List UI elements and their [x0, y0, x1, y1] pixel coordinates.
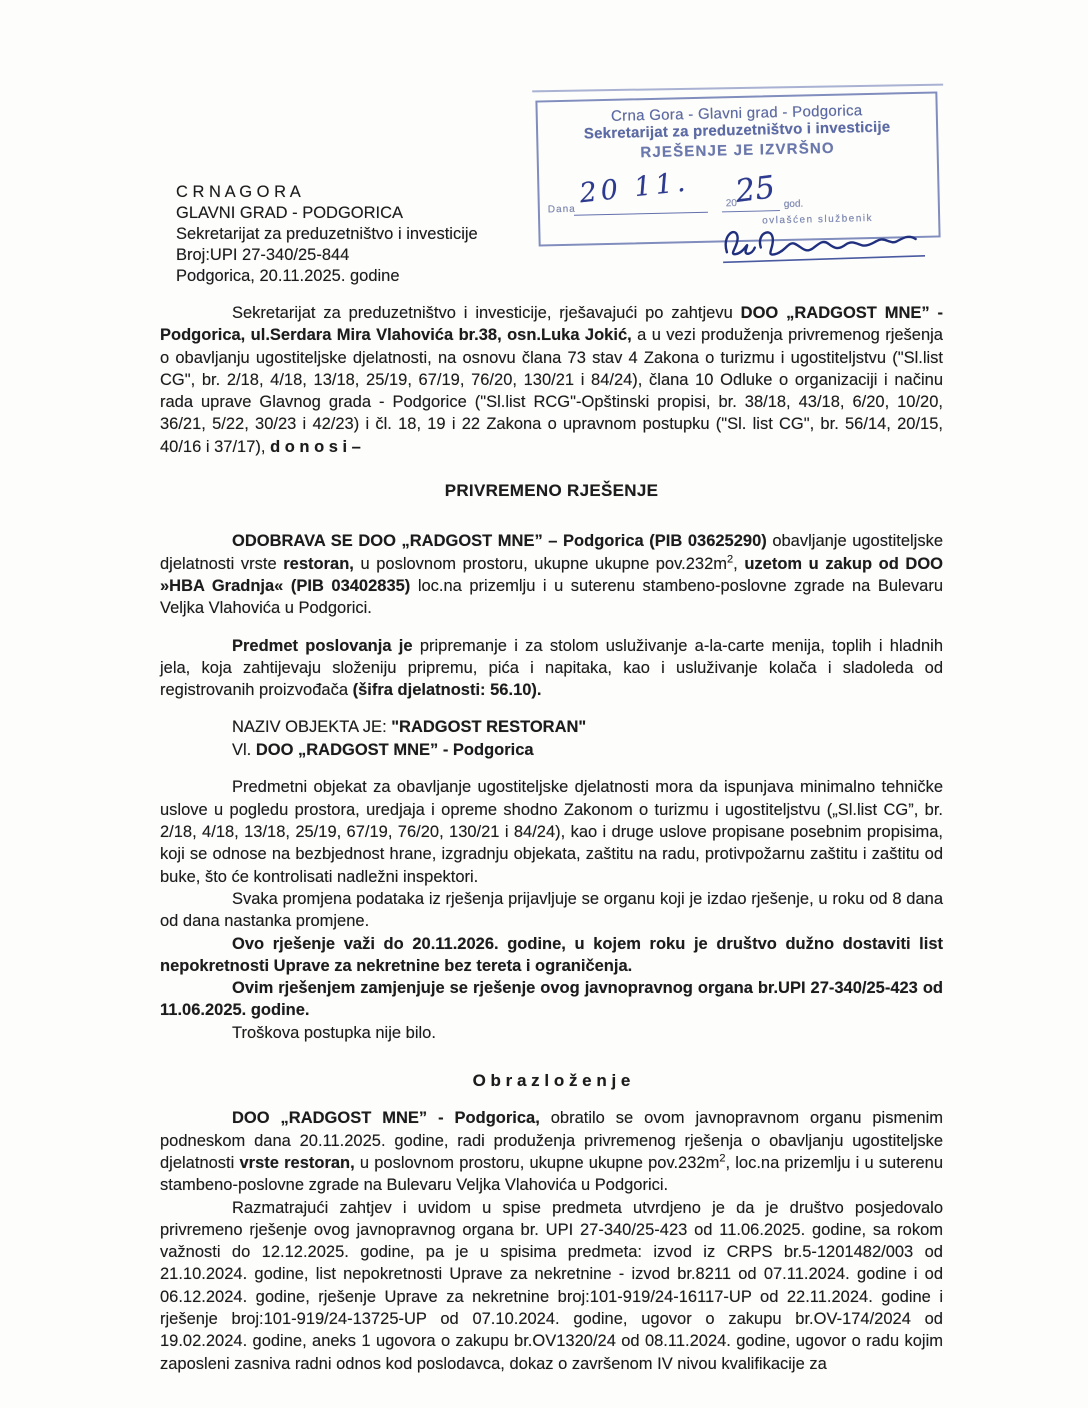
intro-legal-basis: a u vezi produženja privremenog rješenja… [160, 326, 943, 455]
intro-paragraph: Sekretarijat za preduzetništvo i investi… [160, 302, 943, 458]
business-label: Predmet poslovanja je [232, 637, 413, 655]
validity-paragraph: Ovo rješenje važi do 20.11.2026. godine,… [160, 933, 943, 978]
request-company: DOO „RADGOST MNE” - Podgorica, [232, 1109, 540, 1127]
letterhead-city: GLAVNI GRAD - PODGORICA [176, 203, 943, 224]
document-title: PRIVREMENO RJEŠENJE [160, 480, 943, 502]
costs-paragraph: Troškova postupka nije bilo. [160, 1022, 943, 1044]
conditions-paragraph: Predmetni objekat za obavljanje ugostite… [160, 776, 943, 887]
change-notice-paragraph: Svaka promjena podataka iz rješenja prij… [160, 888, 943, 933]
approval-paragraph: ODOBRAVA SE DOO „RADGOST MNE” – Podgoric… [160, 530, 943, 619]
document-page: Crna Gora - Glavni grad - Podgorica Sekr… [0, 0, 1088, 1408]
approval-type: restoran, [283, 555, 354, 573]
letterhead-department: Sekretarijat za preduzetništvo i investi… [176, 224, 943, 245]
object-name-block: NAZIV OBJEKTA JE: "RADGOST RESTORAN" Vl.… [160, 716, 943, 761]
letterhead: C R N A G O R A GLAVNI GRAD - PODGORICA … [160, 182, 943, 287]
intro-text: Sekretarijat za preduzetništvo i investi… [232, 304, 741, 322]
request-area: u poslovnom prostoru, ukupne ukupne pov.… [355, 1154, 720, 1172]
object-owner-label: Vl. [232, 741, 256, 759]
explanation-title: O b r a z l o ž e n j e [160, 1070, 943, 1092]
document-body: C R N A G O R A GLAVNI GRAD - PODGORICA … [160, 182, 943, 1375]
request-type: vrste restoran, [239, 1154, 354, 1172]
letterhead-country: C R N A G O R A [176, 182, 943, 203]
object-owner-line: Vl. DOO „RADGOST MNE” - Podgorica [232, 739, 943, 762]
approval-area: u poslovnom prostoru, ukupne ukupne pov.… [354, 555, 727, 573]
approval-text-2: , [733, 555, 744, 573]
review-paragraph: Razmatrajući zahtjev i uvidom u spise pr… [160, 1197, 943, 1375]
object-owner-value: DOO „RADGOST MNE” - Podgorica [256, 741, 534, 759]
business-code: (šifra djelatnosti: 56.10). [353, 681, 542, 699]
object-name-label: NAZIV OBJEKTA JE: [232, 718, 391, 736]
approval-company: ODOBRAVA SE DOO „RADGOST MNE” – Podgoric… [232, 532, 767, 550]
intro-donosi: d o n o s i – [270, 438, 361, 456]
letterhead-place-date: Podgorica, 20.11.2025. godine [176, 266, 943, 287]
request-paragraph: DOO „RADGOST MNE” - Podgorica, obratilo … [160, 1107, 943, 1196]
replacement-paragraph: Ovim rješenjem zamjenjuje se rješenje ov… [160, 977, 943, 1022]
business-paragraph: Predmet poslovanja je pripremanje i za s… [160, 635, 943, 702]
object-name-value: "RADGOST RESTORAN" [391, 718, 586, 736]
letterhead-ref-number: Broj:UPI 27-340/25-844 [176, 245, 943, 266]
object-name-line: NAZIV OBJEKTA JE: "RADGOST RESTORAN" [232, 716, 943, 739]
